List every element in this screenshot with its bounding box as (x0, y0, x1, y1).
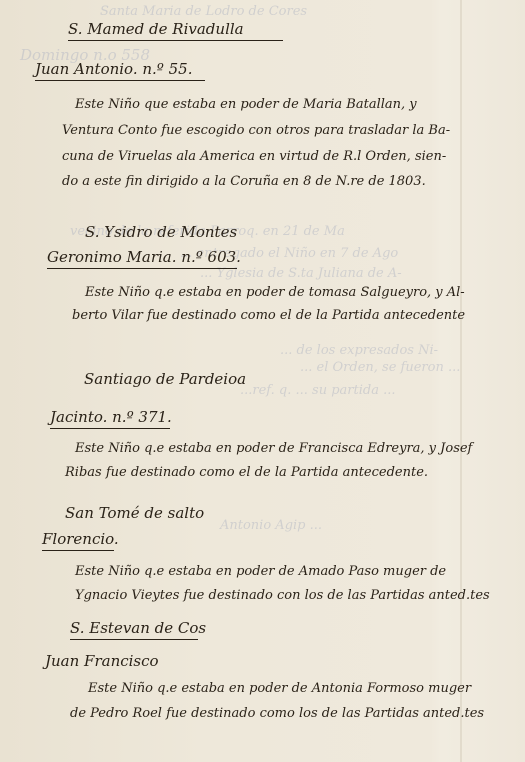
parish-heading: Santiago de Pardeioa (84, 370, 246, 388)
paper-fold-line (460, 0, 462, 762)
bleed-through-line: Santa Maria de Lodro de Cores (100, 4, 307, 19)
child-name: Juan Francisco (45, 652, 159, 670)
entry-text-line: Este Niño q.e estaba en poder de Antonia… (88, 678, 471, 700)
entry-text-line: do a este fin dirigido a la Coruña en 8 … (62, 171, 426, 193)
entry-text-line: berto Vilar fue destinado como el de la … (72, 305, 465, 327)
parish-heading: S. Ysidro de Montes (85, 223, 237, 241)
parish-heading: San Tomé de salto (65, 504, 204, 522)
bleed-through-line: ... el Orden, se fueron ... (300, 360, 460, 375)
bleed-through-line: ... de los expresados Ni- (280, 343, 438, 358)
entry-text-line: Este Niño q.e estaba en poder de tomasa … (85, 282, 465, 304)
child-name: Jacinto. n.º 371. (50, 408, 170, 429)
parish-heading: S. Mamed de Rivadulla (68, 20, 283, 41)
child-name: Geronimo Maria. n.º 603. (47, 248, 237, 269)
parish-heading: S. Estevan de Cos (70, 619, 198, 640)
entry-text-line: Ventura Conto fue escogido con otros par… (62, 120, 450, 142)
bleed-through-line: Antonio Agip ... (220, 518, 322, 533)
entry-text-line: Este Niño q.e estaba en poder de Amado P… (75, 561, 446, 583)
entry-text-line: cuna de Viruelas ala America en virtud d… (62, 146, 446, 168)
child-name: Florencio. (42, 530, 114, 551)
entry-text-line: de Pedro Roel fue destinado como los de … (70, 703, 484, 725)
bleed-through-line: ...ref. q. ... su partida ... (240, 383, 395, 398)
entry-text-line: Este Niño q.e estaba en poder de Francis… (75, 438, 472, 460)
entry-text-line: Ygnacio Vieytes fue destinado con los de… (75, 585, 490, 607)
entry-text-line: Este Niño que estaba en poder de Maria B… (75, 94, 417, 116)
entry-text-line: Ribas fue destinado como el de la Partid… (65, 462, 428, 484)
child-name: Juan Antonio. n.º 55. (35, 60, 205, 81)
